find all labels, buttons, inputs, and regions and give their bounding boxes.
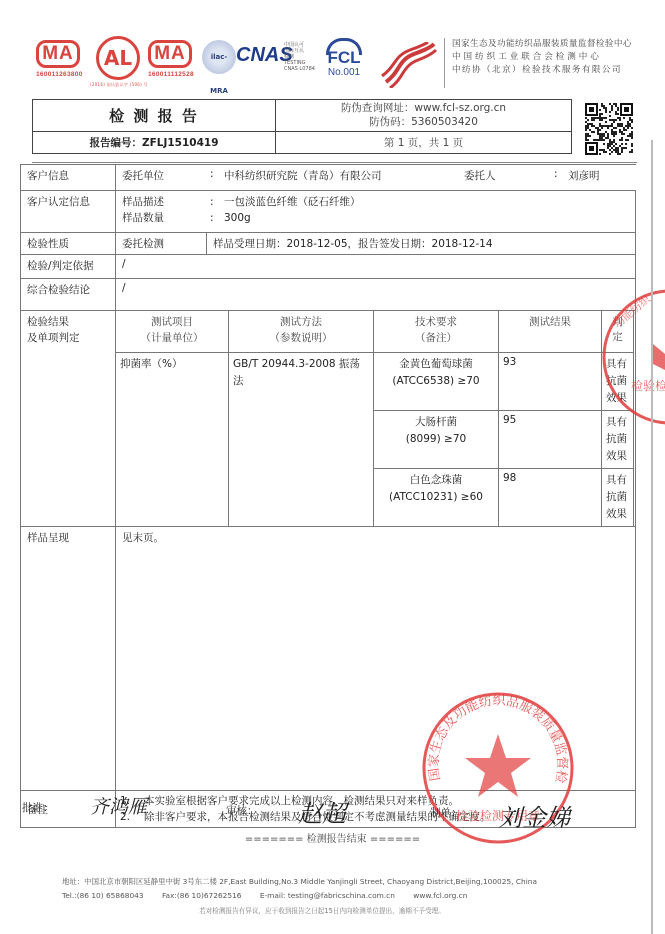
report-number: 报告编号：ZFLJ1510419: [33, 131, 276, 153]
ilac-mra-logo: ilac-MRA: [202, 40, 236, 74]
label-basis: 检验/判定依据: [21, 255, 116, 279]
cma-mark: MA: [148, 40, 192, 68]
cal-number: (2016) 国认监认字 (506) 号: [90, 82, 148, 88]
header-rule: [32, 162, 637, 163]
cnas-sub-text: 中国认可 国际互认 检测 TESTING CNAS L0784: [284, 42, 315, 72]
cma-number: 160011263800: [36, 71, 83, 78]
title-block: 检 测 报 告 防伪查询网址：www.fcl-sz.org.cn 防伪码：536…: [32, 99, 572, 154]
inspection-nature-value: 委托检测: [116, 233, 207, 255]
qr-code-icon: [585, 103, 633, 155]
footer-website: www.fcl.org.cn: [413, 891, 467, 900]
results-cell: 测试项目（计量单位） 测试方法（参数说明） 技术要求（备注） 测试结果 判定 抑…: [116, 311, 636, 527]
result-row: 抑菌率（%） GB/T 20944.3-2008 振荡法 金黄色葡萄球菌(ATC…: [116, 353, 634, 411]
label-inspection-nature: 检验性质: [21, 233, 116, 255]
fcl-mark: FCL: [326, 49, 362, 67]
page-indicator: 第 1 页，共 1 页: [276, 131, 572, 153]
review-signature: 赵超: [298, 794, 346, 829]
entrust-unit: 委托单位 : 中科纺织研究院（青岛）有限公司 委托人 : 刘彦明: [122, 168, 630, 183]
signature-approve: 批准：: [22, 800, 54, 815]
sample-description: 样品描述 : 一包淡蓝色纤维（砭石纤维）: [122, 194, 629, 210]
approve-signature: 齐鸿雁: [90, 792, 147, 819]
results-table: 测试项目（计量单位） 测试方法（参数说明） 技术要求（备注） 测试结果 判定 抑…: [115, 310, 634, 527]
footer: 地址：中国北京市朝阳区延静里中街 3号东二楼 2F,East Building,…: [62, 876, 622, 915]
fcl-logo: FCL No.001: [326, 38, 362, 78]
header-test-method: 测试方法（参数说明）: [229, 311, 374, 353]
client-info-cell: 委托单位 : 中科纺织研究院（青岛）有限公司 委托人 : 刘彦明: [116, 165, 636, 191]
verify-url: 防伪查询网址：www.fcl-sz.org.cn: [277, 101, 570, 115]
label-conclusion: 综合检验结论: [21, 279, 116, 311]
cma-logo-2: MA 160011112528: [148, 40, 194, 78]
signature-prepare: 制单：: [430, 805, 462, 820]
sample-desc-label: 样品描述: [122, 194, 210, 210]
header-divider: [444, 38, 445, 88]
prepare-label: 制单：: [430, 807, 462, 819]
requirement: 白色念珠菌(ATCC10231) ≥60: [374, 469, 499, 527]
entrust-person-label: 委托人: [464, 168, 554, 183]
colon: :: [210, 210, 224, 226]
inspection-dates: 样品受理日期：2018-12-05，报告签发日期：2018-12-14: [207, 233, 636, 255]
conclusion-value: /: [116, 279, 636, 311]
ribbon-logo-icon: [380, 42, 438, 88]
row-client-confirmed: 客户认定信息 样品描述 : 一包淡蓝色纤维（砭石纤维） 样品数量 : 300g: [21, 191, 636, 233]
result-value: 98: [499, 469, 602, 527]
cnas-sub-line: CNAS L0784: [284, 66, 315, 72]
prepare-signature: 刘金娣: [498, 798, 570, 833]
label-client-confirmed: 客户认定信息: [21, 191, 116, 233]
results-header-row: 测试项目（计量单位） 测试方法（参数说明） 技术要求（备注） 测试结果 判定: [116, 311, 634, 353]
verify-info: 防伪查询网址：www.fcl-sz.org.cn 防伪码：5360503420: [276, 100, 572, 132]
footer-address: 地址：中国北京市朝阳区延静里中街 3号东二楼 2F,East Building,…: [62, 876, 622, 887]
judgement: 具有抗菌效果: [602, 469, 634, 527]
report-title: 检 测 报 告: [33, 100, 276, 132]
requirement: 大肠杆菌(8099) ≥70: [374, 411, 499, 469]
svg-text:检验检: 检验检: [631, 378, 665, 393]
row-conclusion: 综合检验结论 /: [21, 279, 636, 311]
colon: :: [210, 194, 224, 210]
header-requirement: 技术要求（备注）: [374, 311, 499, 353]
footer-notice: 若对检测报告有异议，应于收到报告之日起15日内向检测单位提出，逾期不予受理。: [62, 905, 622, 915]
footer-fax: Fax:(86 10)67262516: [162, 891, 242, 900]
org-name-line: 中纺协（北京）检验技术服务有限公司: [452, 64, 632, 77]
svg-text:功能纺织: 功能纺织: [610, 291, 653, 331]
entrust-unit-label: 委托单位: [122, 168, 210, 183]
cma-logo-1: MA 160011263800: [36, 40, 83, 78]
entrust-person-value: 刘彦明: [568, 168, 600, 183]
cal-mark: AL: [96, 36, 140, 80]
test-method: GB/T 20944.3-2008 振荡法: [229, 353, 374, 527]
label-results: 检验结果 及单项判定: [21, 311, 116, 527]
sample-desc-value: 一包淡蓝色纤维（砭石纤维）: [224, 194, 361, 210]
header-logos: MA 160011263800 AL (2016) 国认监认字 (506) 号 …: [30, 36, 640, 92]
footer-contacts: Tel.:(86 10) 65868043 Fax:(86 10)6726251…: [62, 891, 622, 900]
row-client-info: 客户信息 委托单位 : 中科纺织研究院（青岛）有限公司 委托人 : 刘彦明: [21, 165, 636, 191]
cma-number: 160011112528: [148, 71, 194, 78]
cal-logo: AL (2016) 国认监认字 (506) 号: [96, 36, 148, 88]
fcl-number: No.001: [326, 67, 362, 78]
row-results: 检验结果 及单项判定 测试项目（计量单位） 测试方法（参数说明） 技术要求（备注…: [21, 311, 636, 527]
basis-value: /: [116, 255, 636, 279]
results-label-line: 检验结果: [27, 314, 109, 330]
test-item: 抑菌率（%）: [116, 353, 229, 527]
sample-qty-value: 300g: [224, 210, 251, 226]
colon: :: [554, 168, 568, 183]
header-test-item: 测试项目（计量单位）: [116, 311, 229, 353]
end-of-report-marker: ======= 检测报告结束 ======: [0, 830, 665, 845]
signature-review: 审核：: [226, 803, 258, 818]
verify-code: 防伪码：5360503420: [277, 115, 570, 129]
colon: :: [210, 168, 224, 183]
requirement: 金黄色葡萄球菌(ATCC6538) ≥70: [374, 353, 499, 411]
cma-mark: MA: [36, 40, 80, 68]
results-label-line: 及单项判定: [27, 330, 109, 346]
row-basis: 检验/判定依据 /: [21, 255, 636, 279]
label-sample-presentation: 样品呈现: [21, 527, 116, 791]
approve-label: 批准：: [22, 802, 54, 814]
org-name-line: 国家生态及功能纺织品服装质量监督检验中心: [452, 38, 632, 51]
sample-qty-label: 样品数量: [122, 210, 210, 226]
entrust-unit-value: 中科纺织研究院（青岛）有限公司: [224, 168, 464, 183]
org-name-line: 中 国 纺 织 工 业 联 合 会 检 测 中 心: [452, 51, 632, 64]
footer-tel: Tel.:(86 10) 65868043: [62, 891, 144, 900]
label-client-info: 客户信息: [21, 165, 116, 191]
sample-quantity: 样品数量 : 300g: [122, 210, 629, 226]
row-inspection-nature: 检验性质 委托检测 样品受理日期：2018-12-05，报告签发日期：2018-…: [21, 233, 636, 255]
organization-names: 国家生态及功能纺织品服装质量监督检验中心 中 国 纺 织 工 业 联 合 会 检…: [452, 38, 632, 77]
page-edge: [651, 140, 653, 934]
review-label: 审核：: [226, 805, 258, 817]
footer-email: E-mail: testing@fabricschina.com.cn: [260, 891, 395, 900]
client-confirmed-cell: 样品描述 : 一包淡蓝色纤维（砭石纤维） 样品数量 : 300g: [116, 191, 636, 233]
